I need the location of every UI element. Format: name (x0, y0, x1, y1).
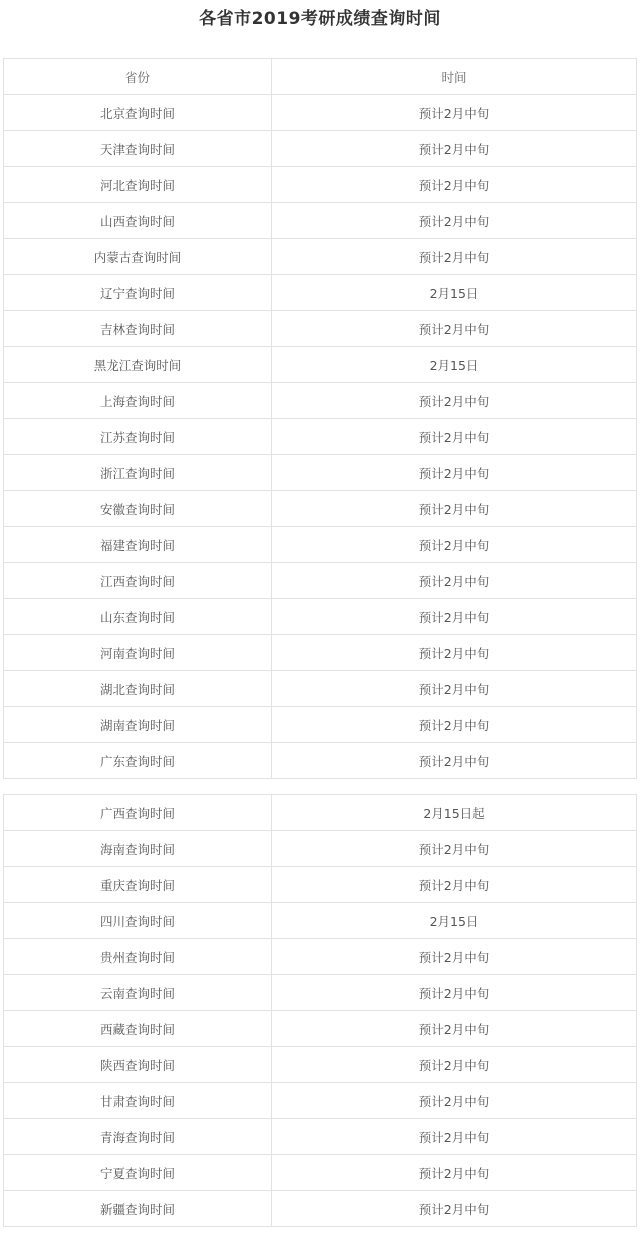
table-row: 甘肃查询时间预计2月中旬 (4, 1083, 637, 1119)
table-row: 青海查询时间预计2月中旬 (4, 1119, 637, 1155)
province-cell: 江苏查询时间 (4, 419, 272, 455)
time-cell: 2月15日 (272, 903, 637, 939)
table-row: 内蒙古查询时间预计2月中旬 (4, 239, 637, 275)
table-row: 黑龙江查询时间2月15日 (4, 347, 637, 383)
time-cell: 预计2月中旬 (272, 527, 637, 563)
table-row: 新疆查询时间预计2月中旬 (4, 1191, 637, 1227)
table-row: 陕西查询时间预计2月中旬 (4, 1047, 637, 1083)
time-cell: 预计2月中旬 (272, 1191, 637, 1227)
province-cell: 山西查询时间 (4, 203, 272, 239)
schedule-table-continued: 广西查询时间2月15日起海南查询时间预计2月中旬重庆查询时间预计2月中旬四川查询… (3, 794, 637, 1227)
table-row: 广西查询时间2月15日起 (4, 795, 637, 831)
province-cell: 甘肃查询时间 (4, 1083, 272, 1119)
province-cell: 四川查询时间 (4, 903, 272, 939)
province-cell: 内蒙古查询时间 (4, 239, 272, 275)
table-row: 江西查询时间预计2月中旬 (4, 563, 637, 599)
table-row: 河南查询时间预计2月中旬 (4, 635, 637, 671)
table-row: 辽宁查询时间2月15日 (4, 275, 637, 311)
table-row: 宁夏查询时间预计2月中旬 (4, 1155, 637, 1191)
table-row: 上海查询时间预计2月中旬 (4, 383, 637, 419)
time-cell: 预计2月中旬 (272, 1119, 637, 1155)
province-cell: 福建查询时间 (4, 527, 272, 563)
table-row: 安徽查询时间预计2月中旬 (4, 491, 637, 527)
time-cell: 预计2月中旬 (272, 1155, 637, 1191)
time-cell: 预计2月中旬 (272, 311, 637, 347)
page-title: 各省市2019考研成绩查询时间 (0, 4, 640, 34)
province-cell: 陕西查询时间 (4, 1047, 272, 1083)
time-cell: 预计2月中旬 (272, 867, 637, 903)
table-row: 广东查询时间预计2月中旬 (4, 743, 637, 779)
province-cell: 安徽查询时间 (4, 491, 272, 527)
header-province: 省份 (4, 59, 272, 95)
province-cell: 吉林查询时间 (4, 311, 272, 347)
table-row: 北京查询时间预计2月中旬 (4, 95, 637, 131)
table-row: 浙江查询时间预计2月中旬 (4, 455, 637, 491)
time-cell: 2月15日 (272, 347, 637, 383)
table-row: 山西查询时间预计2月中旬 (4, 203, 637, 239)
province-cell: 宁夏查询时间 (4, 1155, 272, 1191)
province-cell: 广东查询时间 (4, 743, 272, 779)
time-cell: 预计2月中旬 (272, 203, 637, 239)
province-cell: 江西查询时间 (4, 563, 272, 599)
schedule-table: 省份 时间 北京查询时间预计2月中旬天津查询时间预计2月中旬河北查询时间预计2月… (3, 58, 637, 779)
province-cell: 辽宁查询时间 (4, 275, 272, 311)
time-cell: 预计2月中旬 (272, 131, 637, 167)
time-cell: 预计2月中旬 (272, 939, 637, 975)
province-cell: 北京查询时间 (4, 95, 272, 131)
table-row: 天津查询时间预计2月中旬 (4, 131, 637, 167)
province-cell: 新疆查询时间 (4, 1191, 272, 1227)
province-cell: 河北查询时间 (4, 167, 272, 203)
province-cell: 黑龙江查询时间 (4, 347, 272, 383)
table-row: 吉林查询时间预计2月中旬 (4, 311, 637, 347)
table-row: 福建查询时间预计2月中旬 (4, 527, 637, 563)
time-cell: 预计2月中旬 (272, 455, 637, 491)
time-cell: 预计2月中旬 (272, 383, 637, 419)
time-cell: 预计2月中旬 (272, 491, 637, 527)
table-row: 河北查询时间预计2月中旬 (4, 167, 637, 203)
time-cell: 2月15日起 (272, 795, 637, 831)
time-cell: 预计2月中旬 (272, 563, 637, 599)
province-cell: 广西查询时间 (4, 795, 272, 831)
time-cell: 预计2月中旬 (272, 95, 637, 131)
province-cell: 重庆查询时间 (4, 867, 272, 903)
time-cell: 预计2月中旬 (272, 635, 637, 671)
time-cell: 预计2月中旬 (272, 831, 637, 867)
header-time: 时间 (272, 59, 637, 95)
table-row: 山东查询时间预计2月中旬 (4, 599, 637, 635)
province-cell: 青海查询时间 (4, 1119, 272, 1155)
time-cell: 2月15日 (272, 275, 637, 311)
province-cell: 山东查询时间 (4, 599, 272, 635)
time-cell: 预计2月中旬 (272, 419, 637, 455)
province-cell: 河南查询时间 (4, 635, 272, 671)
province-cell: 贵州查询时间 (4, 939, 272, 975)
table-row: 湖南查询时间预计2月中旬 (4, 707, 637, 743)
table-row: 云南查询时间预计2月中旬 (4, 975, 637, 1011)
table-row: 四川查询时间2月15日 (4, 903, 637, 939)
table-row: 海南查询时间预计2月中旬 (4, 831, 637, 867)
time-cell: 预计2月中旬 (272, 239, 637, 275)
time-cell: 预计2月中旬 (272, 975, 637, 1011)
province-cell: 湖南查询时间 (4, 707, 272, 743)
province-cell: 海南查询时间 (4, 831, 272, 867)
time-cell: 预计2月中旬 (272, 743, 637, 779)
table-row: 江苏查询时间预计2月中旬 (4, 419, 637, 455)
time-cell: 预计2月中旬 (272, 1083, 637, 1119)
table-row: 湖北查询时间预计2月中旬 (4, 671, 637, 707)
time-cell: 预计2月中旬 (272, 167, 637, 203)
table-row: 重庆查询时间预计2月中旬 (4, 867, 637, 903)
province-cell: 浙江查询时间 (4, 455, 272, 491)
time-cell: 预计2月中旬 (272, 599, 637, 635)
province-cell: 西藏查询时间 (4, 1011, 272, 1047)
province-cell: 上海查询时间 (4, 383, 272, 419)
table-header-row: 省份 时间 (4, 59, 637, 95)
time-cell: 预计2月中旬 (272, 671, 637, 707)
table-row: 贵州查询时间预计2月中旬 (4, 939, 637, 975)
province-cell: 云南查询时间 (4, 975, 272, 1011)
province-cell: 天津查询时间 (4, 131, 272, 167)
table-row: 西藏查询时间预计2月中旬 (4, 1011, 637, 1047)
time-cell: 预计2月中旬 (272, 1011, 637, 1047)
time-cell: 预计2月中旬 (272, 1047, 637, 1083)
province-cell: 湖北查询时间 (4, 671, 272, 707)
time-cell: 预计2月中旬 (272, 707, 637, 743)
